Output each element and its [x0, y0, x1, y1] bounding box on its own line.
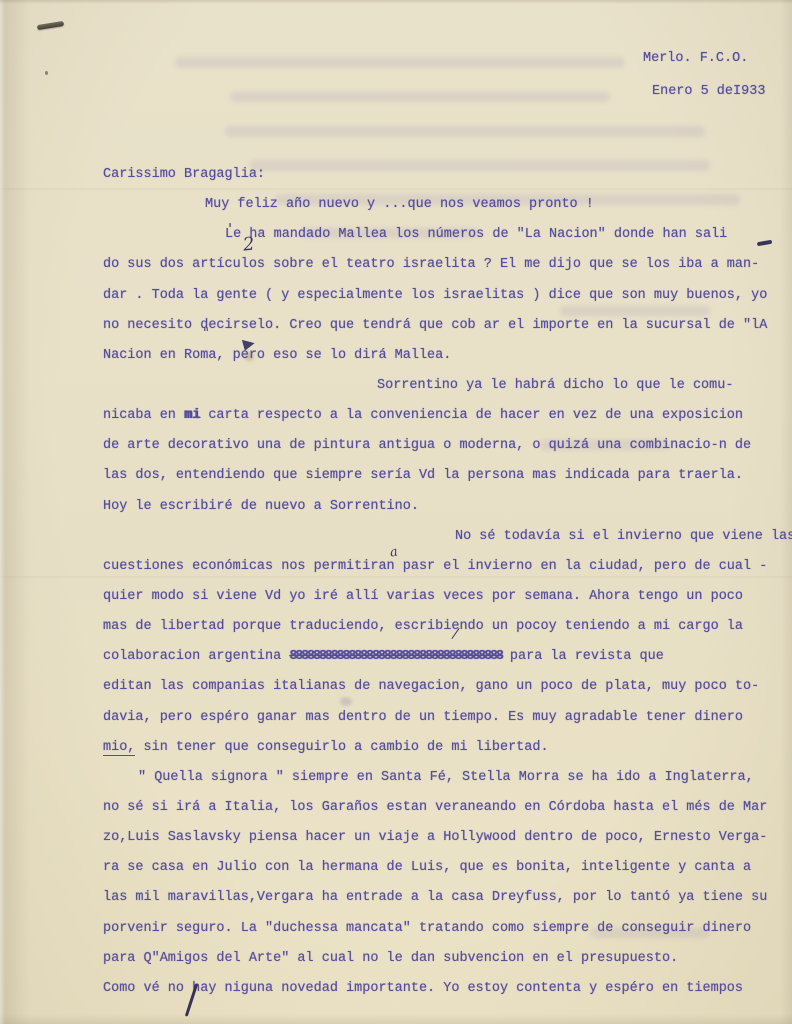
letter-body: Carissimo Bragaglia: Muy feliz año nuevo… — [103, 160, 792, 1004]
ink-speck — [45, 71, 48, 75]
letter-line: zo,Luis Saslavsky piensa hacer un viaje … — [103, 823, 792, 853]
letter-line: No sé todavía si el invierno que viene l… — [103, 522, 792, 552]
letter-line: editan las companias italianas de navega… — [103, 672, 792, 702]
handwritten-tick: ' — [228, 220, 232, 238]
handwritten-quote: " — [203, 326, 209, 341]
letter-line: Como vé no hay niguna novedad importante… — [103, 974, 792, 1004]
letter-line: davia, pero espéro ganar mas dentro de u… — [103, 703, 792, 733]
letter-line: Le ha mandado Mallea los números de "La … — [103, 220, 792, 250]
letter-line: las mil maravillas,Vergara ha entrade a … — [103, 883, 792, 913]
letter-line: Sorrentino ya le habrá dicho lo que le c… — [103, 371, 792, 401]
letter-line: porvenir seguro. La "duchessa mancata" t… — [103, 914, 792, 944]
letter-line: mio, sin tener que conseguirlo a cambio … — [103, 733, 792, 763]
line-text: para la revista que — [502, 649, 664, 664]
letter-line: las dos, entendiendo que siempre sería V… — [103, 461, 792, 491]
letter-line: de arte decorativo una de pintura antigu… — [103, 431, 792, 461]
overstruck-word: mi — [184, 408, 200, 423]
letter-line: " Quella signora " siempre en Santa Fé, … — [103, 763, 792, 793]
letter-page: Merlo. F.C.O. Enero 5 deI933 Carissimo B… — [0, 0, 792, 1024]
letter-line: cuestiones económicas nos permitiran pas… — [103, 552, 792, 582]
letter-line: nicaba en mi carta respecto a la conveni… — [103, 401, 792, 431]
letter-line: ra se casa en Julio con la hermana de Lu… — [103, 853, 792, 883]
line-text: nicaba en — [103, 408, 184, 423]
letter-line: para Q"Amigos del Arte" al cual no le da… — [103, 944, 792, 974]
staple-mark — [37, 21, 64, 30]
letter-line: do sus dos artículos sobre el teatro isr… — [103, 250, 792, 280]
letter-line: quier modo si viene Vd yo iré allí varia… — [103, 582, 792, 612]
salutation: Carissimo Bragaglia: — [103, 160, 792, 190]
letter-line: Muy feliz año nuevo y ...que nos veamos … — [103, 190, 792, 220]
letter-line: mas de libertad porque traduciendo, escr… — [103, 612, 792, 642]
letter-line: Hoy le escribiré de nuevo a Sorrentino. — [103, 492, 792, 522]
bleed-through — [230, 92, 610, 102]
letter-date: Enero 5 deI933 — [652, 84, 765, 99]
struck-out-text: 888888888888888888888888888888888888 — [289, 649, 501, 664]
handwritten-page-number: 2 — [242, 233, 256, 255]
line-text: sin tener que conseguirlo a cambio de mi… — [135, 740, 548, 755]
letter-line: colaboracion argentina 88888888888888888… — [103, 642, 792, 672]
bleed-through — [175, 57, 625, 68]
line-text: colaboracion argentina — [103, 649, 289, 664]
letter-line: no sé si irá a Italia, los Garaños estan… — [103, 793, 792, 823]
letter-location: Merlo. F.C.O. — [643, 51, 748, 66]
letter-line: dar . Toda la gente ( y especialmente lo… — [103, 281, 792, 311]
line-text: carta respecto a la conveniencia de hace… — [200, 408, 743, 423]
bleed-through — [225, 126, 705, 137]
underlined-word: mio, — [103, 740, 135, 756]
letter-line: Nacion en Roma, pero eso se lo dirá Mall… — [103, 341, 792, 371]
